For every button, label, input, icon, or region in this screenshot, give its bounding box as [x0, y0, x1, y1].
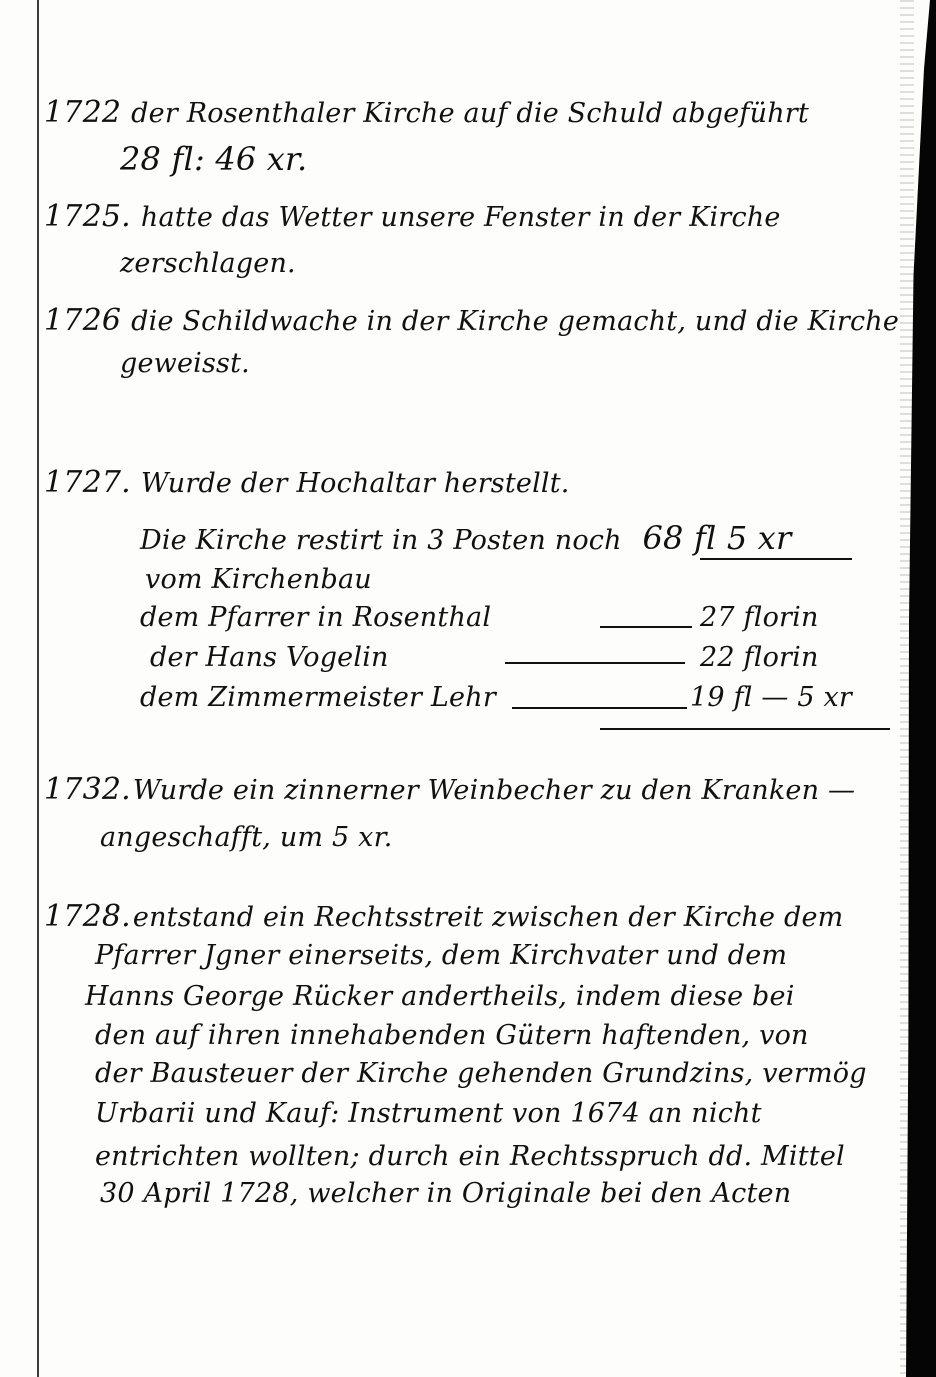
entry-year: 1726 [44, 303, 121, 338]
ledger-item-label: der Hans Vogelin [150, 644, 389, 671]
ledger-item-label: dem Pfarrer in Rosenthal [140, 604, 491, 631]
entry-text: Wurde der Hochaltar herstellt. [141, 468, 570, 499]
leader-dash [512, 707, 687, 709]
entry-text: die Schildwache in der Kirche gemacht, u… [131, 306, 899, 337]
ledger-item-amount: 27 florin [700, 604, 819, 631]
entry-text: Wurde ein zinnerner Weinbecher zu den Kr… [133, 775, 855, 806]
ledger-item-label: dem Zimmermeister Lehr [140, 684, 496, 711]
entry-1732-line-2: angeschafft, um 5 xr. [100, 824, 393, 851]
entry-1728-line-2: Pfarrer Jgner einerseits, dem Kirchvater… [95, 942, 787, 969]
ledger-item-amount: 22 florin [700, 644, 819, 671]
entry-year: 1732. [44, 772, 131, 807]
left-margin-rule [37, 0, 39, 1377]
ledger-intro-text: Die Kirche restirt in 3 Posten noch [140, 525, 622, 556]
entry-year: 1728. [44, 899, 131, 934]
entry-1725-line-2: zerschlagen. [120, 250, 296, 277]
manuscript-page: 1722der Rosenthaler Kirche auf die Schul… [0, 0, 936, 1377]
entry-1725-line-1: 1725.hatte das Wetter unsere Fenster in … [44, 202, 781, 232]
entry-year: 1725. [44, 199, 131, 234]
entry-1722-line-1: 1722der Rosenthaler Kirche auf die Schul… [44, 98, 809, 128]
entry-1726-line-1: 1726die Schildwache in der Kirche gemach… [44, 306, 899, 336]
entry-1728-line-4: den auf ihren innehabenden Gütern haften… [95, 1022, 809, 1049]
ledger-total-rule [600, 728, 890, 730]
entry-1728-line-1: 1728.entstand ein Rechtsstreit zwischen … [44, 902, 843, 932]
entry-1728-line-6: Urbarii und Kauf: Instrument von 1674 an… [95, 1100, 762, 1127]
entry-1728-line-7: entrichten wollten; durch ein Rechtsspru… [95, 1143, 845, 1170]
entry-text: entstand ein Rechtsstreit zwischen der K… [133, 902, 844, 933]
entry-1722-line-2: 28 fl: 46 xr. [120, 143, 307, 175]
intro-amount-underline [700, 558, 852, 560]
ledger-intro-cont: vom Kirchenbau [145, 566, 372, 593]
entry-1732-line-1: 1732.Wurde ein zinnerner Weinbecher zu d… [44, 775, 855, 805]
ledger-intro-amount: 68 fl 5 xr [643, 519, 792, 557]
entry-text: der Rosenthaler Kirche auf die Schuld ab… [131, 98, 809, 129]
ledger-intro: Die Kirche restirt in 3 Posten noch 68 f… [140, 522, 792, 554]
leader-dash [505, 662, 685, 664]
ledger-item-amount: 19 fl — 5 xr [690, 684, 852, 711]
entry-1728-line-3: Hanns George Rücker andertheils, indem d… [85, 983, 795, 1010]
leader-dash [600, 626, 692, 628]
entry-1727-line-1: 1727.Wurde der Hochaltar herstellt. [44, 468, 570, 498]
entry-1726-line-2: geweisst. [120, 350, 250, 377]
entry-1728-line-8: 30 April 1728, welcher in Originale bei … [100, 1180, 791, 1207]
entry-year: 1722 [44, 95, 121, 130]
entry-year: 1727. [44, 465, 131, 500]
entry-1728-line-5: der Bausteuer der Kirche gehenden Grundz… [95, 1060, 867, 1087]
entry-text: hatte das Wetter unsere Fenster in der K… [141, 202, 781, 233]
